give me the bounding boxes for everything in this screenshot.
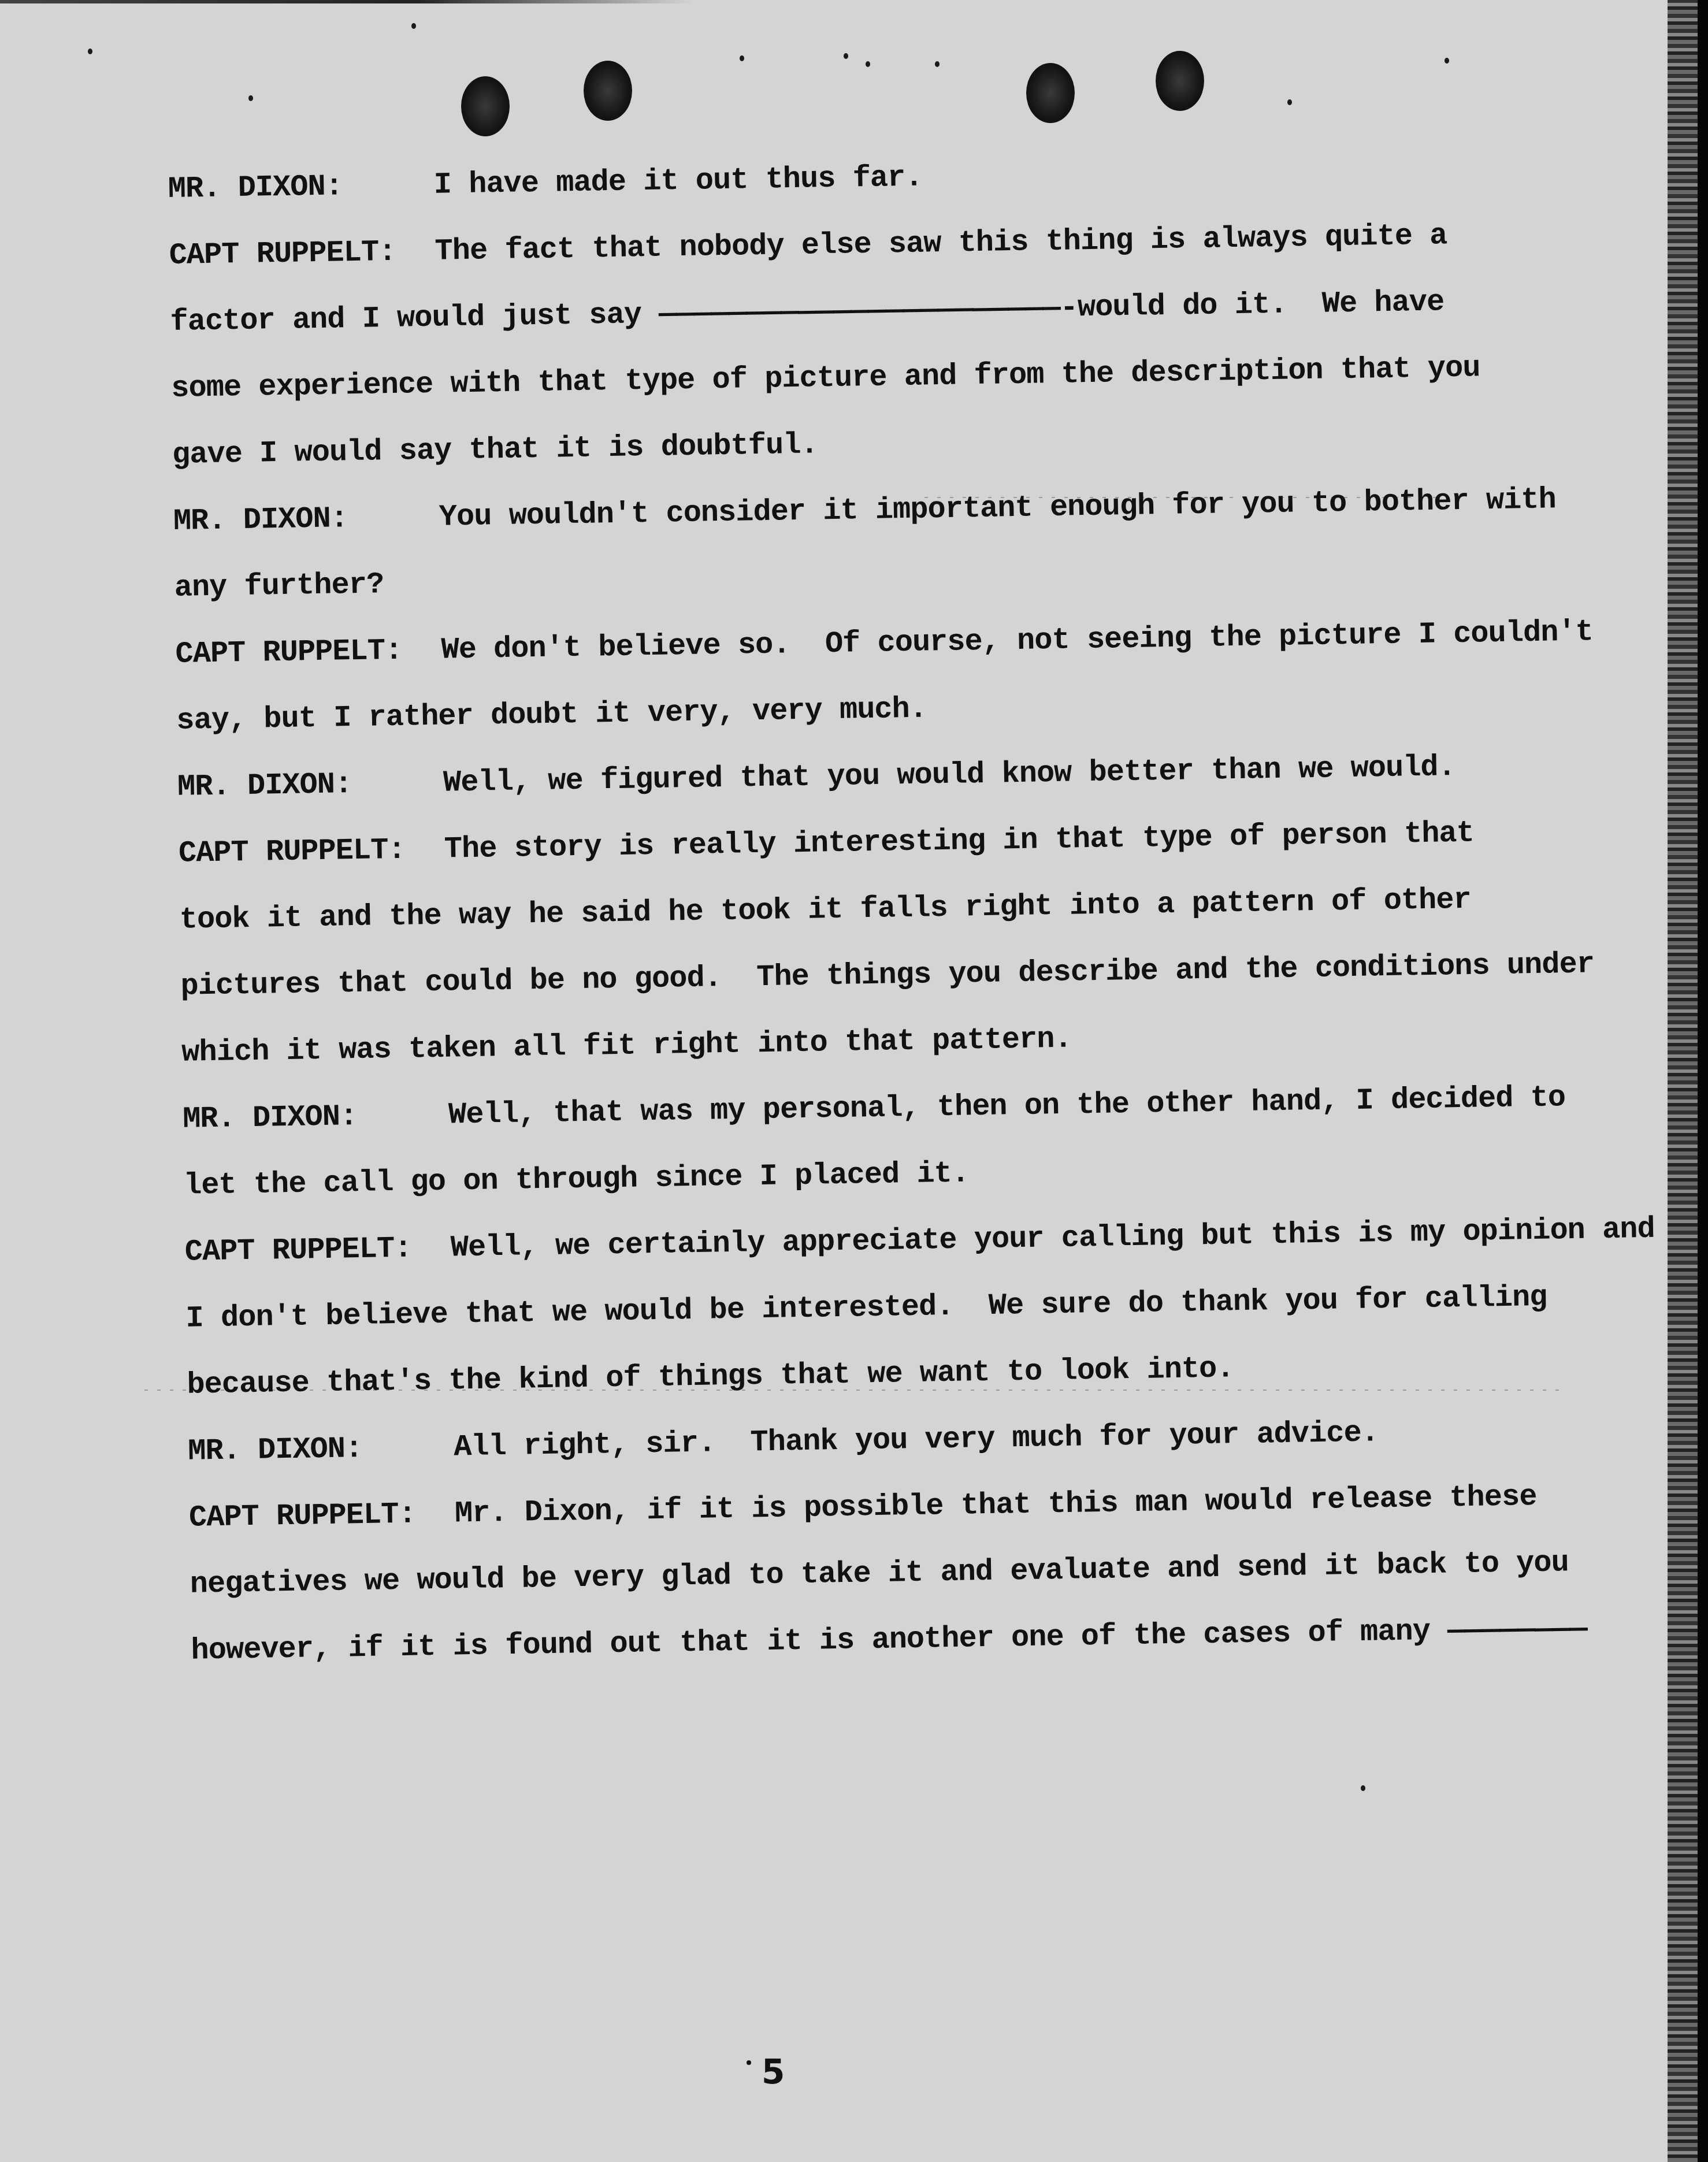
speaker-label: MR. DIXON: xyxy=(177,750,444,820)
punch-hole-3 xyxy=(1026,63,1075,123)
speck xyxy=(1445,58,1449,64)
punch-hole-2 xyxy=(584,61,632,121)
speaker-label: CAPT RUPPELT: xyxy=(175,617,442,688)
speaker-label: CAPT RUPPELT: xyxy=(178,816,445,887)
speck xyxy=(1287,99,1292,105)
page-number: 5 xyxy=(762,2052,785,2092)
punch-hole-1 xyxy=(461,76,510,136)
dialogue-text: any further? xyxy=(174,551,384,621)
dialogue-text: let the call go on through since I place… xyxy=(183,1140,970,1219)
speck xyxy=(935,61,940,67)
punch-hole-4 xyxy=(1156,51,1204,111)
speaker-label: CAPT RUPPELT: xyxy=(184,1215,451,1286)
speaker-label: CAPT RUPPELT: xyxy=(188,1480,455,1551)
transcript-body: MR. DIXON: I have made it out thus far. … xyxy=(168,133,1670,1684)
scan-top-edge xyxy=(0,0,693,3)
dialogue-text: I have made it out thus far. xyxy=(433,144,923,218)
speck xyxy=(740,55,744,61)
speaker-label: MR. DIXON: xyxy=(187,1414,454,1485)
speaker-label: CAPT RUPPELT: xyxy=(169,218,436,289)
dialogue-text: gave I would say that it is doubtful. xyxy=(172,411,818,488)
speck xyxy=(88,49,92,54)
speck xyxy=(248,95,253,101)
speck xyxy=(411,23,416,29)
scan-right-edge xyxy=(1668,0,1708,2162)
speaker-label: MR. DIXON: xyxy=(168,152,435,222)
speaker-label: MR. DIXON: xyxy=(182,1082,449,1153)
document-page: MR. DIXON: I have made it out thus far. … xyxy=(0,0,1668,2162)
speaker-label: MR. DIXON: xyxy=(173,484,440,555)
speck xyxy=(1361,1785,1365,1791)
dialogue-text: say, but I rather doubt it very, very mu… xyxy=(176,675,927,753)
speck xyxy=(844,53,848,59)
speck xyxy=(866,61,870,67)
